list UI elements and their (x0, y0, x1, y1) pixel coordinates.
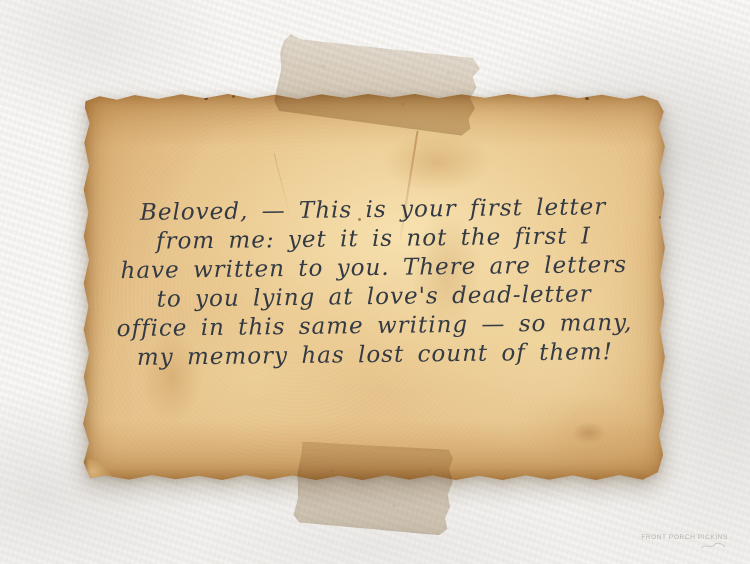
paper-stain (382, 132, 492, 192)
watermark-brand-text: FRONT PORCH PICKINS (641, 534, 728, 541)
paper-corner-curl (84, 452, 114, 480)
aged-paper: Beloved, — This is your first letter fro… (82, 92, 666, 482)
art-print-scene: Beloved, — This is your first letter fro… (0, 0, 750, 564)
handwritten-letter: Beloved, — This is your first letter fro… (87, 193, 661, 374)
letter-line-6: my memory has lost count of them! (89, 338, 661, 374)
paper-speck (659, 216, 662, 219)
paper-speck (585, 97, 589, 100)
paper-stain (572, 422, 606, 444)
watermark-flourish-icon (700, 542, 726, 550)
paper-speck (204, 97, 208, 100)
aged-paper-sheet: Beloved, — This is your first letter fro… (82, 92, 666, 482)
watermark: FRONT PORCH PICKINS (641, 534, 728, 550)
masking-tape-bottom (293, 438, 455, 536)
paper-speck (232, 95, 235, 98)
paper-stain (512, 392, 652, 462)
